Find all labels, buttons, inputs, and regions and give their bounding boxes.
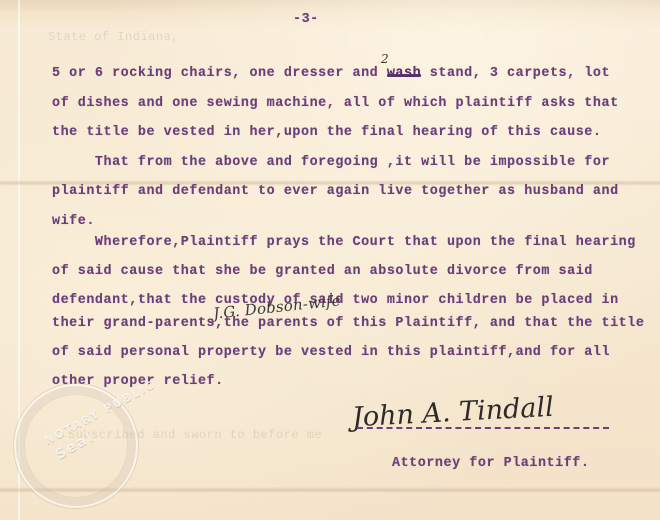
bleed-through-text: State of Indiana,	[48, 30, 179, 44]
body-line: of said personal property be vested in t…	[52, 345, 610, 360]
struck-word: wash	[387, 66, 421, 81]
body-line: of said cause that she be granted an abs…	[52, 264, 593, 279]
body-line: the title be vested in her,upon the fina…	[52, 125, 601, 140]
body-line: wife.	[52, 214, 95, 229]
body-line: of dishes and one sewing machine, all of…	[52, 96, 619, 111]
line-text: 5 or 6 rocking chairs, one dresser and	[52, 66, 387, 81]
body-line: 5 or 6 rocking chairs, one dresser and w…	[52, 66, 610, 81]
notary-seal-embossed: NOTARY PUBLIC Seal	[14, 384, 138, 508]
handwritten-insertion: 2	[381, 52, 389, 66]
body-line: plaintiff and defendant to ever again li…	[52, 184, 619, 199]
body-line: That from the above and foregoing ,it wi…	[52, 155, 610, 170]
body-line: Wherefore,Plaintiff prays the Court that…	[52, 235, 636, 250]
signature-caption: Attorney for Plaintiff.	[392, 456, 589, 471]
signature-line	[357, 427, 609, 429]
body-line: their grand-parents,the parents of this …	[52, 316, 644, 331]
line-text: stand, 3 carpets, lot	[421, 66, 610, 81]
page-number: -3-	[293, 12, 319, 27]
